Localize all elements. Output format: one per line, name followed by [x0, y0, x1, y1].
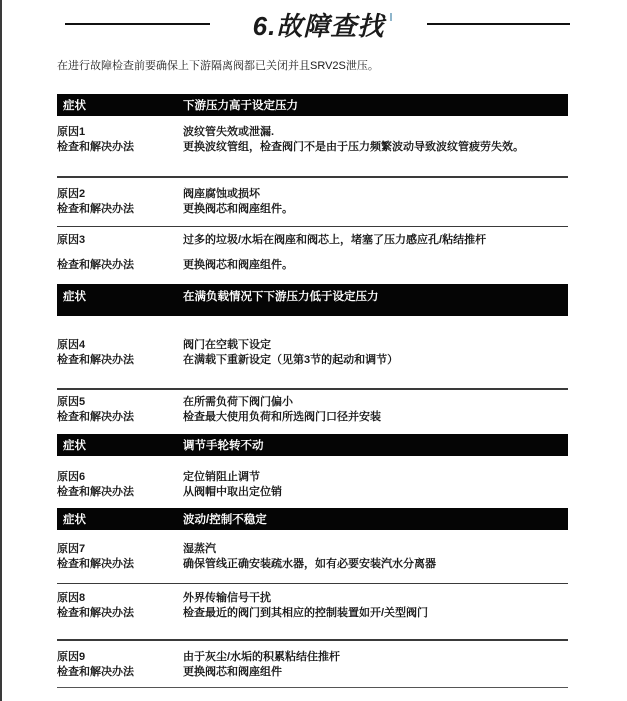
cause-text: 由于灰尘/水垢的积累粘结住推杆: [183, 650, 568, 665]
cause-row-2: 原因2 检查和解决办法 阀座腐蚀或损坏 更换阀芯和阀座组件。: [57, 178, 568, 217]
intro-text: 在进行故障检查前要确保上下游隔离阀都已关闭并且SRV2S泄压。: [57, 59, 570, 73]
cause-label: 原因2: [57, 187, 183, 202]
solution-text: 在满载下重新设定（见第3节的起动和调节）: [183, 353, 568, 368]
solution-text: 更换波纹管组，检查阀门不是由于压力频繁波动导致波纹管疲劳失效。: [183, 140, 568, 155]
cause-text: 阀座腐蚀或损坏: [183, 187, 568, 202]
cause-label: 原因8: [57, 591, 183, 606]
cause-label: 原因7: [57, 542, 183, 557]
solution-text: 确保管线正确安装疏水器，如有必要安装汽水分离器: [183, 557, 568, 572]
symptom-header-3: 症状 调节手轮转不动: [57, 434, 568, 456]
cause-label: 原因6: [57, 470, 183, 485]
cause-text: 过多的垃圾/水垢在阀座和阀芯上，堵塞了压力感应孔/粘结推杆: [183, 233, 568, 248]
check-label: 检查和解决办法: [57, 258, 183, 273]
title-row: 6.故障查找: [0, 0, 627, 42]
check-label: 检查和解决办法: [57, 202, 183, 217]
solution-text: 检查最近的阀门到其相应的控制装置如开/关型阀门: [183, 606, 568, 621]
symptom-label: 症状: [63, 97, 183, 113]
symptom-text: 波动/控制不稳定: [183, 511, 568, 527]
cause-label: 原因4: [57, 338, 183, 353]
symptom-text: 下游压力高于设定压力: [183, 97, 568, 113]
cause-text: 在所需负荷下阀门偏小: [183, 395, 568, 410]
cause-row-1: 原因1 检查和解决办法 波纹管失效或泄漏. 更换波纹管组，检查阀门不是由于压力频…: [57, 116, 568, 155]
cause-label: 原因5: [57, 395, 183, 410]
symptom-header-2: 症状 在满负载情况下下游压力低于设定压力: [57, 284, 568, 316]
symptom-text: 调节手轮转不动: [183, 437, 568, 453]
cause-row-7: 原因7 检查和解决办法 湿蒸汽 确保管线正确安装疏水器，如有必要安装汽水分离器: [57, 530, 568, 572]
symptom-header-4: 症状 波动/控制不稳定: [57, 508, 568, 530]
page-title: 6.故障查找: [210, 6, 427, 43]
title-rule-right: [427, 23, 570, 25]
symptom-header-1: 症状 下游压力高于设定压力: [57, 94, 568, 116]
check-label: 检查和解决办法: [57, 557, 183, 572]
cause-row-5: 原因5 检查和解决办法 在所需负荷下阀门偏小 检查最大使用负荷和所选阀门口径并安…: [57, 390, 568, 425]
solution-text: 更换阀芯和阀座组件。: [183, 258, 568, 273]
symptom-label: 症状: [63, 511, 183, 527]
check-label: 检查和解决办法: [57, 140, 183, 155]
check-label: 检查和解决办法: [57, 410, 183, 425]
troubleshooting-table: 症状 下游压力高于设定压力 原因1 检查和解决办法 波纹管失效或泄漏. 更换波纹…: [57, 94, 568, 688]
cause-row-8: 原因8 检查和解决办法 外界传输信号干扰 检查最近的阀门到其相应的控制装置如开/…: [57, 584, 568, 621]
cause-label: 原因9: [57, 650, 183, 665]
title-rule-left: [65, 23, 210, 25]
cause-text: 阀门在空载下设定: [183, 338, 568, 353]
cause-text: 外界传输信号干扰: [183, 591, 568, 606]
page-left-border: [0, 0, 2, 701]
cause-text: 湿蒸汽: [183, 542, 568, 557]
solution-text: 更换阀芯和阀座组件。: [183, 202, 568, 217]
symptom-label: 症状: [63, 437, 183, 453]
cause-row-3: 原因3 检查和解决办法 过多的垃圾/水垢在阀座和阀芯上，堵塞了压力感应孔/粘结推…: [57, 227, 568, 273]
cause-row-9: 原因9 检查和解决办法 由于灰尘/水垢的积累粘结住推杆 更换阀芯和阀座组件: [57, 641, 568, 680]
scan-artifact-mark: [390, 13, 392, 21]
cause-text: 定位销阻止调节: [183, 470, 568, 485]
solution-text: 检查最大使用负荷和所选阀门口径并安装: [183, 410, 568, 425]
symptom-text: 在满负载情况下下游压力低于设定压力: [183, 288, 568, 304]
cause-row-4: 原因4 检查和解决办法 阀门在空载下设定 在满载下重新设定（见第3节的起动和调节…: [57, 316, 568, 368]
cause-label: 原因3: [57, 233, 183, 248]
check-label: 检查和解决办法: [57, 353, 183, 368]
cause-label: 原因1: [57, 125, 183, 140]
solution-text: 更换阀芯和阀座组件: [183, 665, 568, 680]
check-label: 检查和解决办法: [57, 485, 183, 500]
check-label: 检查和解决办法: [57, 606, 183, 621]
cause-text: 波纹管失效或泄漏.: [183, 125, 568, 140]
cause-row-6: 原因6 检查和解决办法 定位销阻止调节 从阀帽中取出定位销: [57, 456, 568, 500]
check-label: 检查和解决办法: [57, 665, 183, 680]
solution-text: 从阀帽中取出定位销: [183, 485, 568, 500]
symptom-label: 症状: [63, 288, 183, 304]
bottom-rule: [57, 687, 568, 689]
